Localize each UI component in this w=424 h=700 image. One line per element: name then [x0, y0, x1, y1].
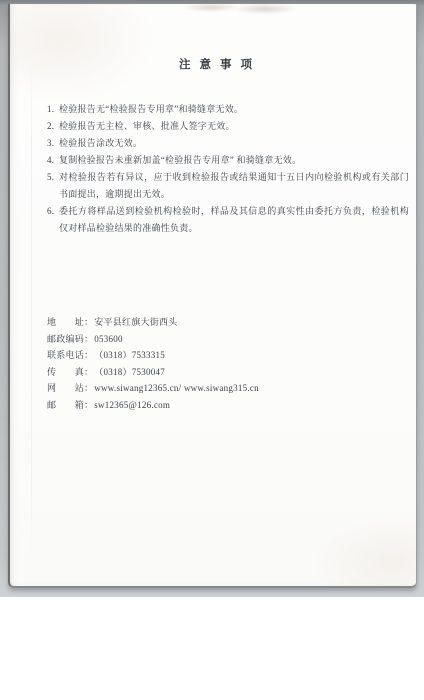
contact-label: 联系电话	[47, 349, 84, 362]
contact-row-fax: 传 真：（0318）7530047	[47, 366, 259, 383]
contact-label: 邮 箱	[47, 399, 84, 412]
note-text: 检验报告无“检验报告专用章”和骑缝章无效。	[59, 101, 409, 118]
contact-value: （0318）7530047	[93, 366, 165, 379]
contact-row-website: 网 站：www.siwang12365.cn/ www.siwang315.cn	[47, 382, 259, 399]
note-text: 复制检验报告未重新加盖“检验报告专用章” 和骑缝章无效。	[59, 152, 409, 169]
note-number: 6.	[47, 203, 59, 237]
contact-colon: ：	[84, 333, 93, 346]
contact-colon: ：	[84, 349, 93, 362]
scan-smudge	[175, 2, 295, 16]
contact-colon: ：	[84, 316, 93, 329]
contact-label: 地 址	[47, 316, 84, 329]
contact-row-phone: 联系电话：（0318）7533315	[47, 349, 259, 366]
contact-value: （0318）7533315	[93, 349, 165, 362]
contact-row-postcode: 邮政编码：053600	[47, 333, 259, 350]
note-text: 检验报告无主检、审核、批准人签字无效。	[59, 118, 409, 135]
note-item-6: 6. 委托方将样品送到检验机构检验时，样品及其信息的真实性由委托方负责，检验机构…	[47, 203, 409, 237]
contact-label: 邮政编码	[47, 333, 84, 346]
scan-background: 注意事项 1. 检验报告无“检验报告专用章”和骑缝章无效。 2. 检验报告无主检…	[0, 0, 424, 597]
contact-colon: ：	[84, 399, 93, 412]
note-item-2: 2. 检验报告无主检、审核、批准人签字无效。	[47, 118, 409, 135]
scanned-document-page: { "document": { "title": "注意事项", "notes"…	[0, 0, 424, 700]
note-number: 3.	[47, 135, 59, 152]
contact-colon: ：	[84, 366, 93, 379]
contact-label: 传 真	[47, 366, 84, 379]
contact-value: 053600	[93, 333, 123, 346]
note-item-1: 1. 检验报告无“检验报告专用章”和骑缝章无效。	[47, 101, 409, 118]
note-number: 5.	[47, 169, 59, 203]
contact-block: 地 址：安平县红旗大街西头 邮政编码：053600 联系电话：（0318）753…	[47, 316, 259, 415]
note-text: 对检验报告若有异议，应于收到检验报告或结果通知十五日内向检验机构或有关部门书面提…	[59, 169, 409, 203]
contact-label: 网 站	[47, 382, 84, 395]
note-number: 2.	[47, 118, 59, 135]
note-item-4: 4. 复制检验报告未重新加盖“检验报告专用章” 和骑缝章无效。	[47, 152, 409, 169]
note-item-3: 3. 检验报告涂改无效。	[47, 135, 409, 152]
page-title: 注意事项	[10, 56, 416, 72]
contact-value: 安平县红旗大街西头	[93, 316, 177, 329]
contact-value: www.siwang12365.cn/ www.siwang315.cn	[93, 382, 259, 395]
note-number: 1.	[47, 101, 59, 118]
note-text: 委托方将样品送到检验机构检验时，样品及其信息的真实性由委托方负责，检验机构仅对样…	[59, 203, 409, 237]
note-text: 检验报告涂改无效。	[59, 135, 409, 152]
paper-page: 注意事项 1. 检验报告无“检验报告专用章”和骑缝章无效。 2. 检验报告无主检…	[8, 3, 417, 588]
notes-list: 1. 检验报告无“检验报告专用章”和骑缝章无效。 2. 检验报告无主检、审核、批…	[47, 101, 409, 237]
note-item-5: 5. 对检验报告若有异议，应于收到检验报告或结果通知十五日内向检验机构或有关部门…	[47, 169, 409, 203]
contact-row-address: 地 址：安平县红旗大街西头	[47, 316, 259, 333]
contact-value: sw12365@126.com	[93, 399, 170, 412]
paper-crease	[31, 59, 32, 564]
contact-colon: ：	[84, 382, 93, 395]
contact-row-email: 邮 箱：sw12365@126.com	[47, 399, 259, 416]
note-number: 4.	[47, 152, 59, 169]
